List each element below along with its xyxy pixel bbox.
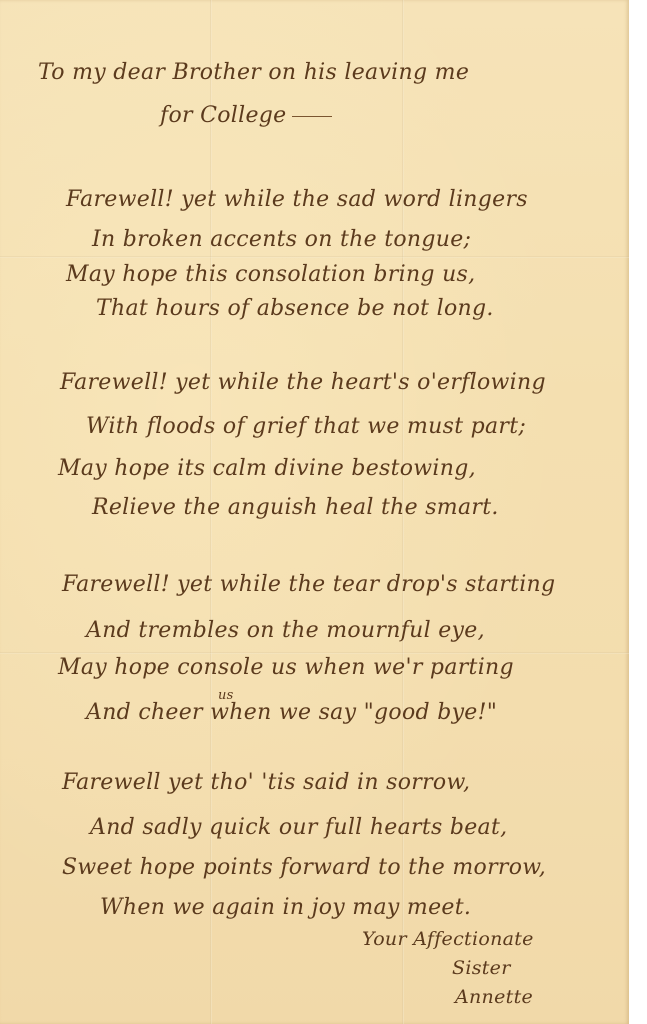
stanza-4-line-4: When we again in joy may meet. xyxy=(100,895,471,920)
fold-line xyxy=(0,256,629,258)
stanza-1-line-4: That hours of absence be not long. xyxy=(96,296,494,321)
stanza-4-line-2: And sadly quick our full hearts beat, xyxy=(90,815,507,840)
stanza-3-line-4: And cheer when we say "good bye!" xyxy=(86,700,497,725)
letter-title-line2: for College xyxy=(160,103,332,128)
stanza-4-line-3: Sweet hope points forward to the morrow, xyxy=(62,855,546,880)
stanza-3-line-2: And trembles on the mournful eye, xyxy=(86,618,485,643)
stanza-3-line-3: May hope console us when we'r parting xyxy=(58,655,514,680)
letter-page: To my dear Brother on his leaving me for… xyxy=(0,0,629,1024)
stanza-1-line-2: In broken accents on the tongue; xyxy=(92,227,471,252)
letter-title-line1: To my dear Brother on his leaving me xyxy=(38,60,469,85)
stanza-2-line-3: May hope its calm divine bestowing, xyxy=(58,456,476,481)
stanza-2-line-1: Farewell! yet while the heart's o'erflow… xyxy=(60,370,546,395)
signature-name: Annette xyxy=(455,986,533,1008)
signature-closing: Your Affectionate xyxy=(362,928,534,950)
title-dash xyxy=(292,116,332,117)
stanza-2-line-2: With floods of grief that we must part; xyxy=(86,414,526,439)
stanza-1-line-3: May hope this consolation bring us, xyxy=(66,262,475,287)
stanza-2-line-4: Relieve the anguish heal the smart. xyxy=(92,495,499,520)
letter-title-text: for College xyxy=(160,103,286,128)
fold-line xyxy=(0,652,629,654)
signature-relation: Sister xyxy=(452,957,511,979)
stanza-4-line-1: Farewell yet tho' 'tis said in sorrow, xyxy=(62,770,470,795)
stanza-1-line-1: Farewell! yet while the sad word lingers xyxy=(66,187,528,212)
stanza-3-line-1: Farewell! yet while the tear drop's star… xyxy=(62,572,555,597)
